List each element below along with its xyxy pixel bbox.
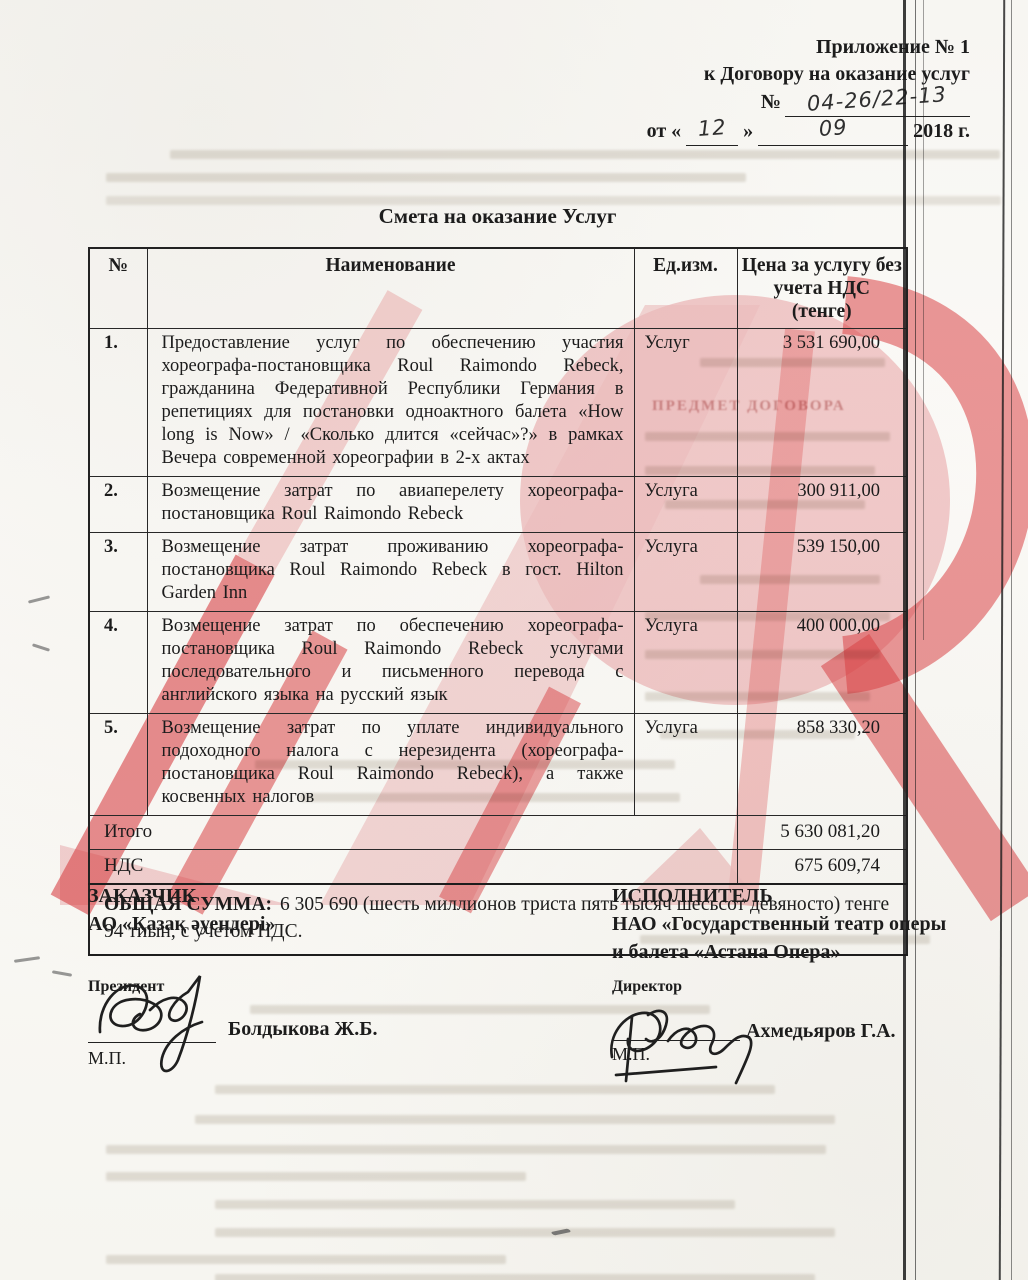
contractor-seal-label: М.П. [612,1044,650,1065]
date-year: 2018 г. [913,120,970,142]
customer-seal-label: М.П. [88,1048,126,1069]
table-row: 4.Возмещение затрат по обеспечению хорео… [89,612,907,714]
subtotal-label: Итого [89,816,737,850]
customer-org-name: АО «Қазақ әуендері» [88,910,448,938]
row-unit: Услуг [634,329,737,477]
contractor-signatory-name: Ахмедьяров Г.А. [746,1020,896,1043]
appendix-title: Приложение № 1 [647,34,970,61]
column-header-unit: Ед.изм. [634,248,737,329]
scanned-document-page: ПРЕДМЕТ ДОГОВОРА Приложение № 1 к Догово… [0,0,1028,1280]
row-service-name: Возмещение затрат по обеспечению хореогр… [147,612,634,714]
row-price: 400 000,00 [737,612,907,714]
date-month-value: 09 [818,114,849,143]
row-number: 3. [89,533,147,612]
contractor-role-label: ИСПОЛНИТЕЛЬ [612,882,952,910]
margin-mark [550,1228,571,1235]
customer-role-label: ЗАКАЗЧИК [88,882,448,910]
vat-label: НДС [89,850,737,885]
row-number: 2. [89,477,147,533]
column-header-num: № [89,248,147,329]
page-edge-line [999,0,1005,1280]
row-unit: Услуга [634,533,737,612]
page-edge-line [903,0,906,1280]
contractor-signature-line [612,1040,740,1041]
estimate-table: № Наименование Ед.изм. Цена за услугу бе… [88,247,908,956]
row-price: 858 330,20 [737,714,907,816]
date-quote-close: » [743,120,753,142]
table-row: 3.Возмещение затрат проживанию хореограф… [89,533,907,612]
row-number: 4. [89,612,147,714]
estimate-title: Смета на оказание Услуг [90,204,905,229]
row-number: 5. [89,714,147,816]
margin-mark [32,643,50,651]
number-label: № [761,91,781,113]
page-edge-line [1011,0,1012,1280]
contractor-org-name: НАО «Государственный театр оперы и балет… [612,910,952,966]
margin-mark [14,956,40,963]
page-edge-line [923,0,924,640]
estimate-table-body: 1.Предоставление услуг по обеспечению уч… [89,329,907,816]
row-service-name: Предоставление услуг по обеспечению учас… [147,329,634,477]
table-header-row: № Наименование Ед.изм. Цена за услугу бе… [89,248,907,329]
column-header-name: Наименование [147,248,634,329]
vat-value: 675 609,74 [737,850,907,885]
row-price: 300 911,00 [737,477,907,533]
header-block: Приложение № 1 к Договору на оказание ус… [647,34,970,146]
row-service-name: Возмещение затрат проживанию хореографа-… [147,533,634,612]
contractor-position-label: Директор [612,978,682,996]
date-line: от « 12 » 09 2018 г. [647,117,970,146]
vat-row: НДС 675 609,74 [89,850,907,885]
row-service-name: Возмещение затрат по авиаперелету хореог… [147,477,634,533]
margin-mark [52,970,72,976]
date-prefix: от « [647,120,682,142]
row-service-name: Возмещение затрат по уплате индивидуальн… [147,714,634,816]
table-row: 1.Предоставление услуг по обеспечению уч… [89,329,907,477]
customer-block: ЗАКАЗЧИК АО «Қазақ әуендері» [88,882,448,938]
row-unit: Услуга [634,612,737,714]
customer-signatory-name: Болдыкова Ж.Б. [228,1018,377,1041]
row-number: 1. [89,329,147,477]
row-unit: Услуга [634,477,737,533]
date-day-value: 12 [697,114,728,143]
table-row: 2.Возмещение затрат по авиаперелету хоре… [89,477,907,533]
row-price: 3 531 690,00 [737,329,907,477]
contractor-block: ИСПОЛНИТЕЛЬ НАО «Государственный театр о… [612,882,952,966]
subtotal-value: 5 630 081,20 [737,816,907,850]
row-price: 539 150,00 [737,533,907,612]
column-header-price: Цена за услугу без учета НДС (тенге) [737,248,907,329]
customer-signature-line [88,1042,216,1043]
page-edge-line [915,0,916,1280]
table-row: 5.Возмещение затрат по уплате индивидуал… [89,714,907,816]
contract-number-line: №04-26/22-13 [647,88,970,117]
row-unit: Услуга [634,714,737,816]
subtotal-row: Итого 5 630 081,20 [89,816,907,850]
margin-mark [28,595,50,603]
